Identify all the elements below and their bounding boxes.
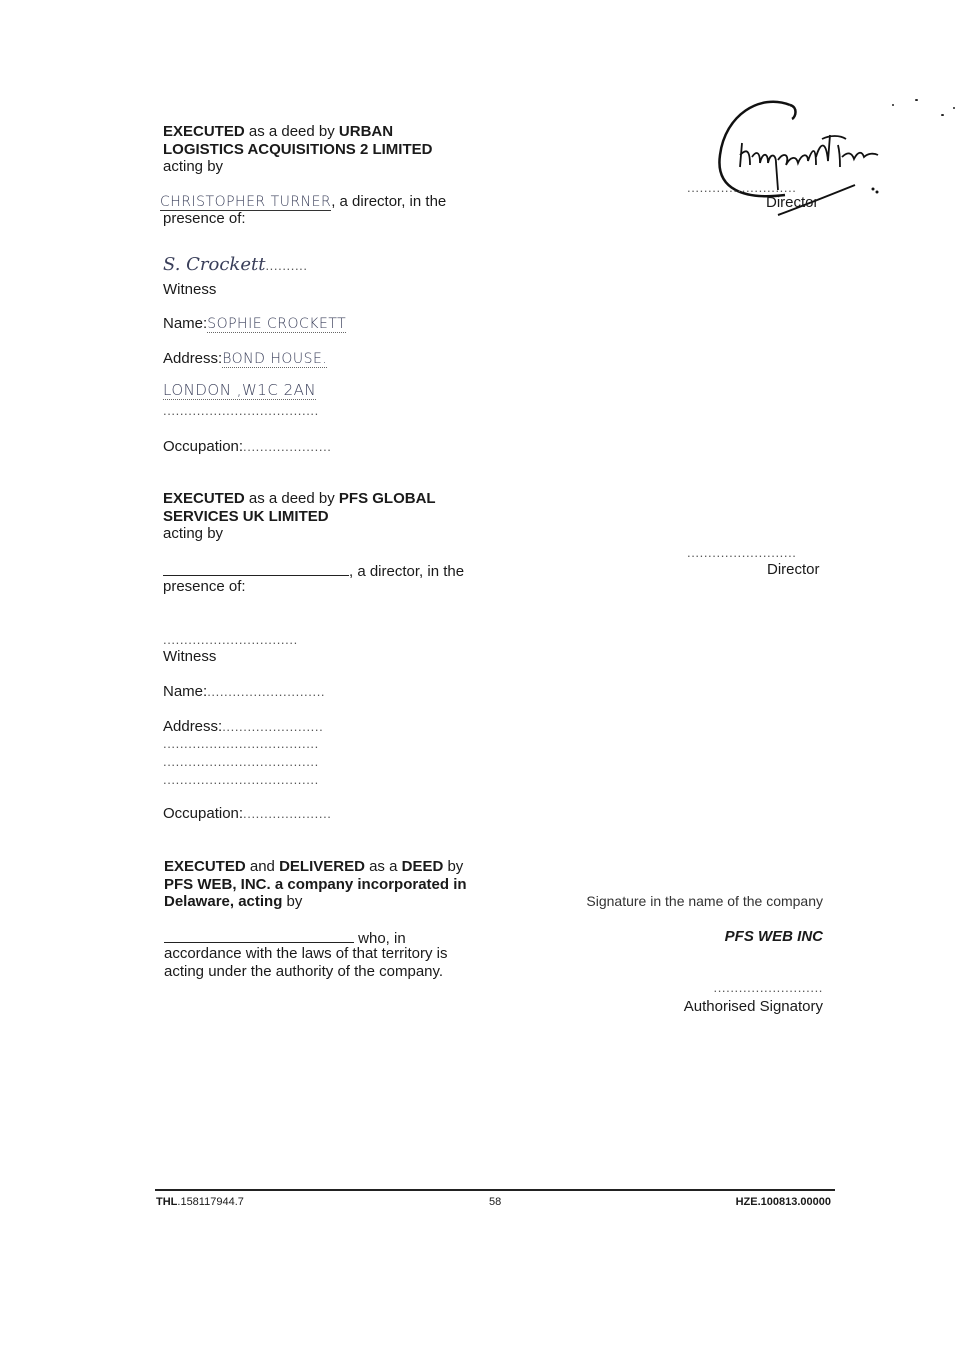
witness-address-row-3: .....................................	[163, 403, 319, 418]
scan-speck	[953, 107, 955, 109]
scan-speck	[892, 104, 894, 106]
scan-speck	[941, 114, 944, 116]
director-line-1: CHRISTOPHER TURNER, a director, in the	[160, 193, 490, 212]
footer-rule	[155, 1189, 835, 1191]
company-name-line2: LOGISTICS ACQUISITIONS 2 LIMITED	[163, 141, 432, 158]
execution-clause-urban-logistics: EXECUTED as a deed by URBAN LOGISTICS AC…	[163, 123, 483, 176]
witness-address-row-1: Address:BOND HOUSE.	[163, 350, 327, 369]
presence-of-1: presence of:	[163, 210, 246, 228]
witness-occupation-row-2: Occupation:.....................	[163, 805, 332, 823]
witness-occupation-row-1: Occupation:.....................	[163, 438, 332, 456]
authority-text: acting under the authority of the compan…	[164, 963, 443, 981]
footer-left-ref: THL.158117944.7	[156, 1196, 244, 1208]
authorised-signatory-label: Authorised Signatory	[540, 998, 823, 1016]
acting-by: acting by	[163, 158, 483, 176]
execution-clause-pfs-global: EXECUTED as a deed by PFS GLOBAL SERVICE…	[163, 490, 483, 543]
signature-scribble-icon	[690, 95, 900, 240]
director-label-1: Director	[766, 194, 819, 212]
scan-speck	[915, 99, 918, 101]
execution-clause-pfs-web: EXECUTED and DELIVERED as a DEED by PFS …	[164, 858, 484, 911]
witness-address-line[interactable]: .....................................	[163, 772, 319, 787]
witness-address-line2: LONDON ,W1C 2AN	[163, 381, 316, 400]
witness-label-1: Witness	[163, 281, 216, 299]
company-name: URBAN	[339, 123, 393, 140]
director-signature-dots-2[interactable]: ..........................	[687, 545, 797, 560]
witness-label-2: Witness	[163, 648, 216, 666]
witness-address-row-2a: Address:........................	[163, 718, 323, 736]
director-name-blank[interactable]	[163, 561, 349, 576]
witness-address-line[interactable]: .....................................	[163, 736, 319, 751]
executed-keyword: EXECUTED	[163, 123, 245, 140]
witness-signature-handwritten: S. Crockett	[163, 254, 265, 275]
witness-address-line[interactable]: .....................................	[163, 754, 319, 769]
presence-of-2: presence of:	[163, 578, 246, 596]
director-signature-dots-1: ..........................	[687, 180, 797, 195]
signatory-name-blank[interactable]	[164, 928, 354, 943]
director-label-2: Director	[767, 561, 820, 579]
witness-signature-line-2[interactable]: ................................	[163, 632, 298, 647]
company-name-pfs-web: PFS WEB INC	[540, 928, 823, 946]
witness-name-row-2: Name:............................	[163, 683, 325, 701]
witness-address-row-2: LONDON ,W1C 2AN	[163, 381, 316, 399]
footer-right-ref: HZE.100813.00000	[700, 1196, 831, 1208]
signature-caption: Signature in the name of the company	[540, 893, 823, 911]
accordance-text: accordance with the laws of that territo…	[164, 945, 447, 963]
witness-name-row-1: Name:SOPHIE CROCKETT	[163, 315, 346, 334]
witness-signature-line-1: S. Crockett..........	[163, 254, 308, 275]
authorised-signature-dots[interactable]: ..........................	[540, 980, 823, 995]
director-name-handwritten: CHRISTOPHER TURNER	[160, 194, 331, 211]
witness-name-blank[interactable]: ............................	[207, 684, 325, 699]
director-signature-1	[690, 95, 900, 240]
witness-address-line1: BOND HOUSE.	[222, 351, 327, 368]
witness-name-handwritten: SOPHIE CROCKETT	[207, 316, 346, 333]
page-number: 58	[489, 1196, 501, 1208]
